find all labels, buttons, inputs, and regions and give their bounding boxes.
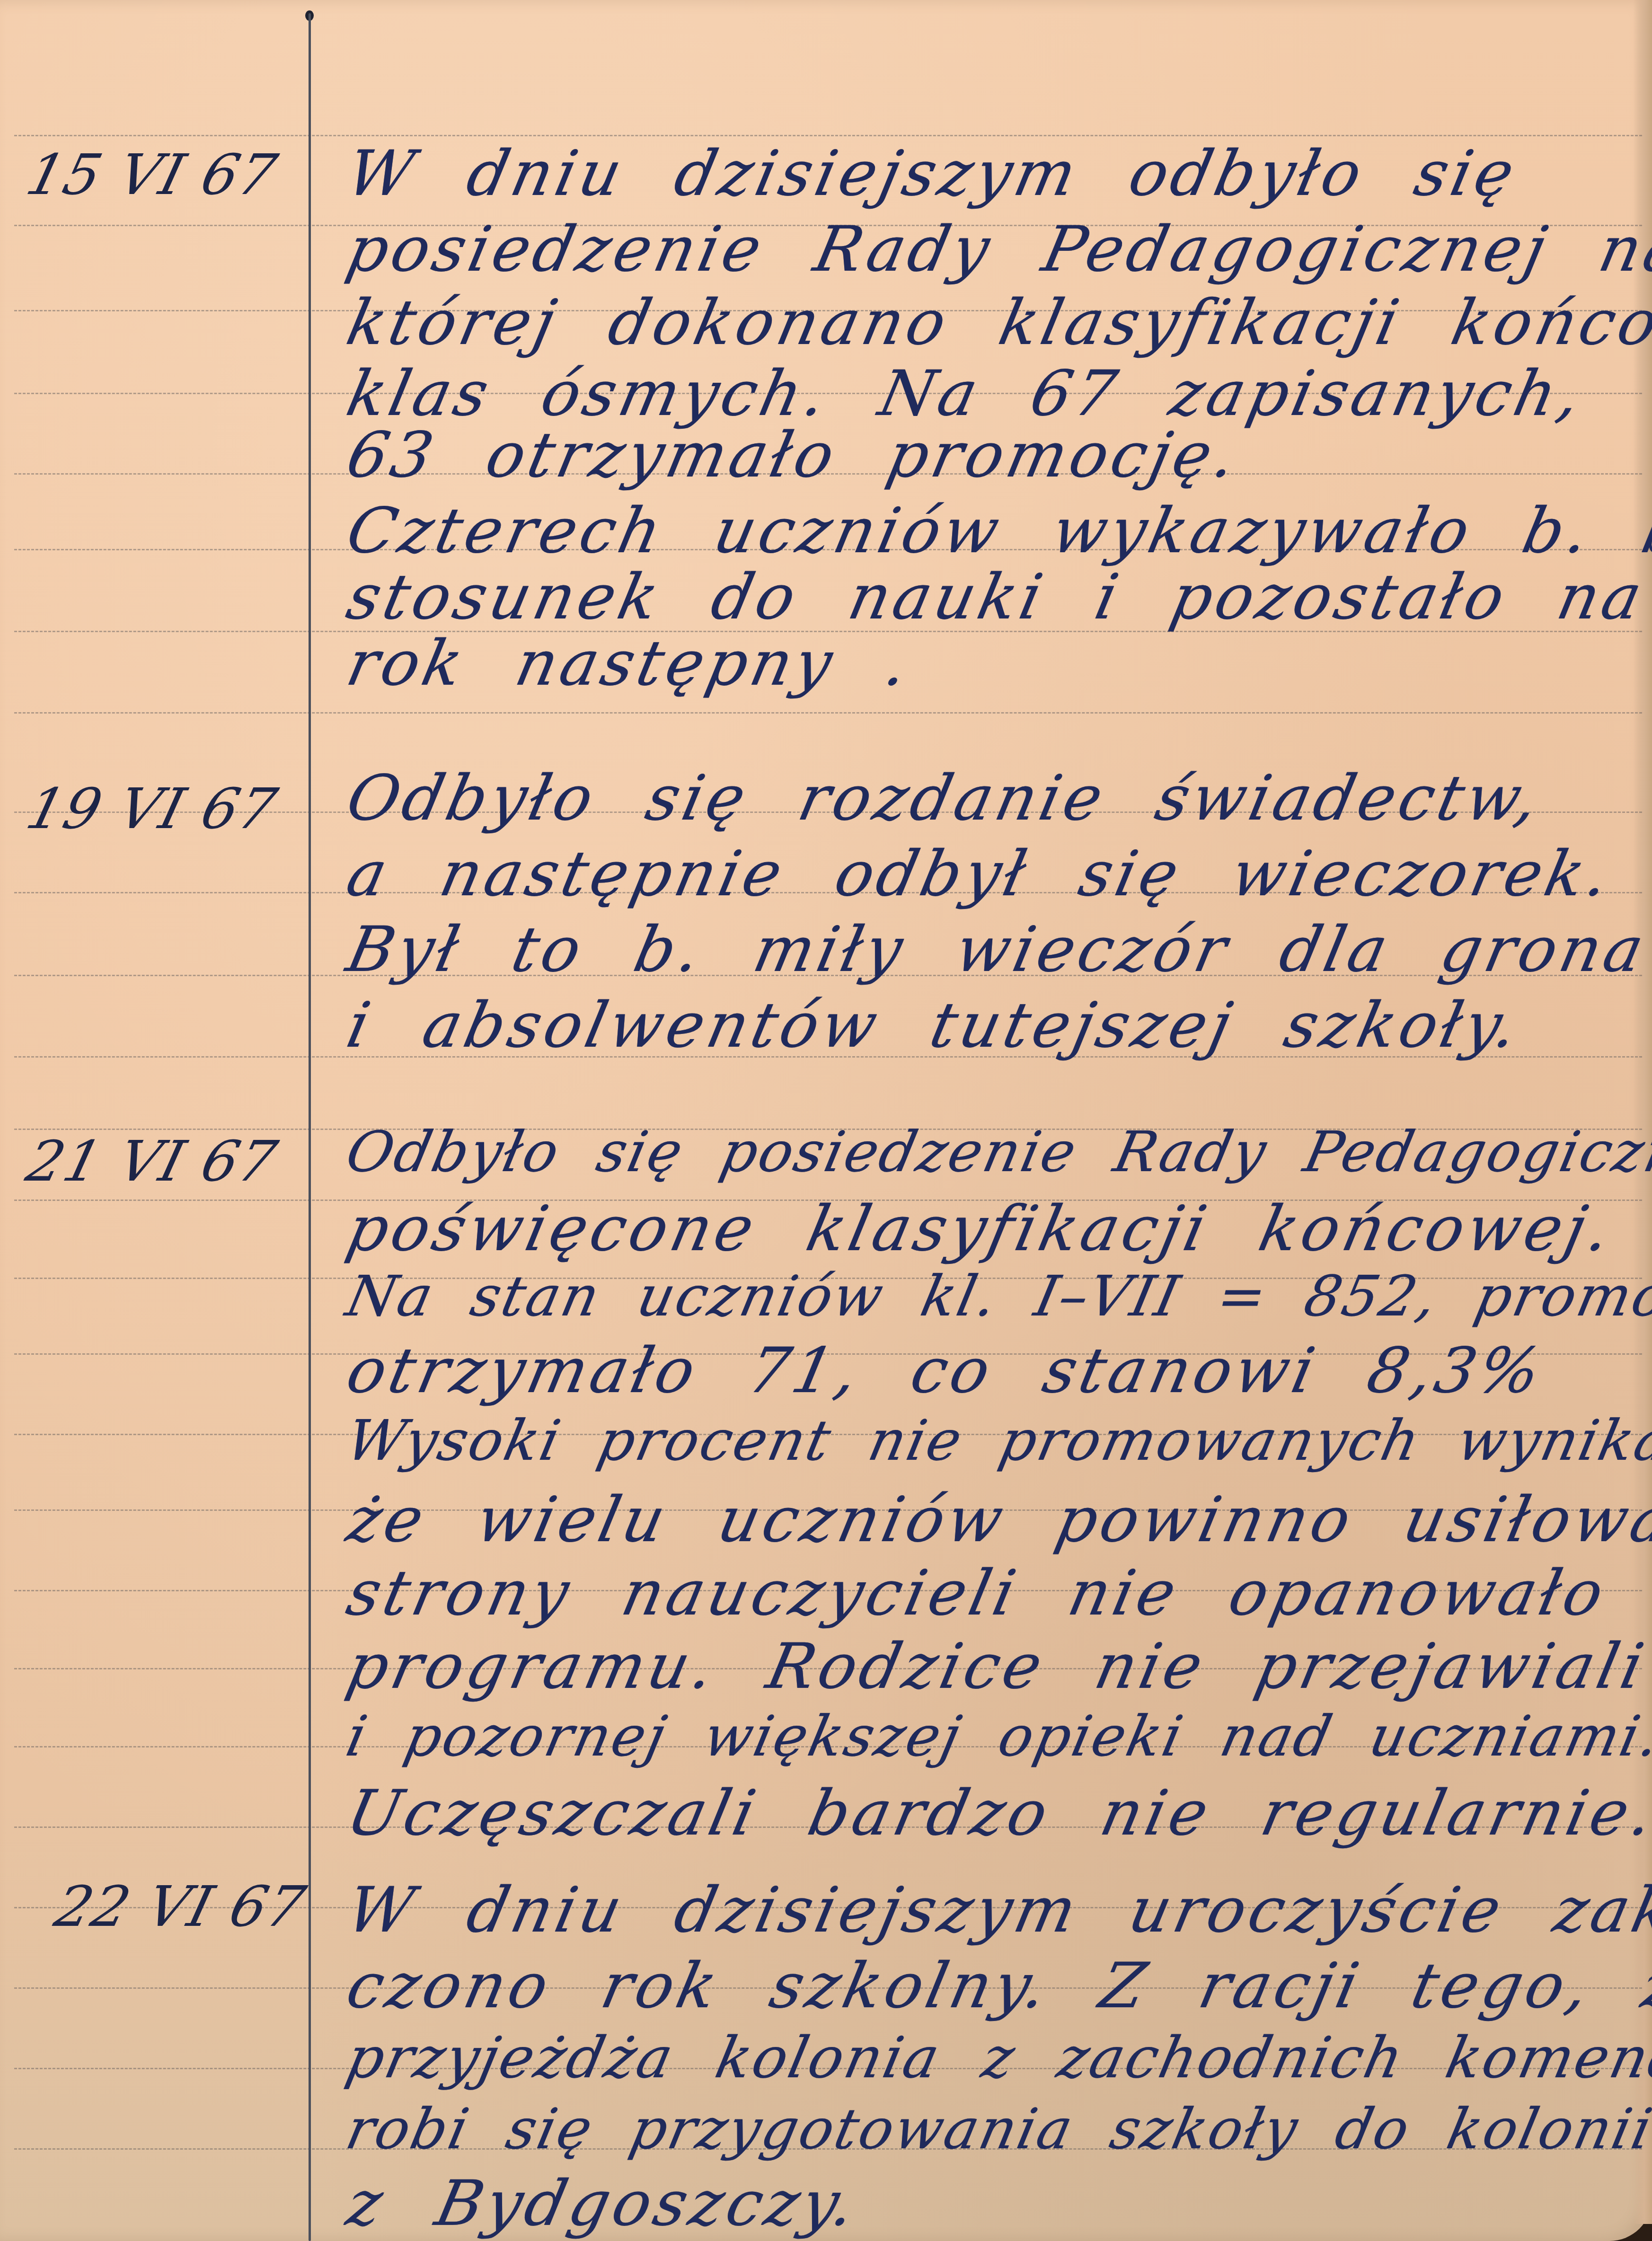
notebook-page: 15 VI 67 W dniu dzisiejszym odbyło się p… — [0, 0, 1652, 2241]
entry-line: robi się przygotowania szkoły do kolonii… — [341, 2096, 1652, 2162]
entry-line: czono rok szkolny. Z racji tego, że 27 V… — [341, 1950, 1652, 2022]
entry-22-vi-67: 22 VI 67 W dniu dzisiejszym uroczyście z… — [0, 0, 1652, 2241]
entry-line: z Bydgoszczy. — [341, 2167, 865, 2240]
entry-date: 22 VI 67 — [49, 1874, 313, 1939]
entry-line: przyjeżdża kolonia z zachodnich komend — [341, 2025, 1652, 2091]
entry-line: W dniu dzisiejszym uroczyście zakoń- — [341, 1874, 1652, 1947]
